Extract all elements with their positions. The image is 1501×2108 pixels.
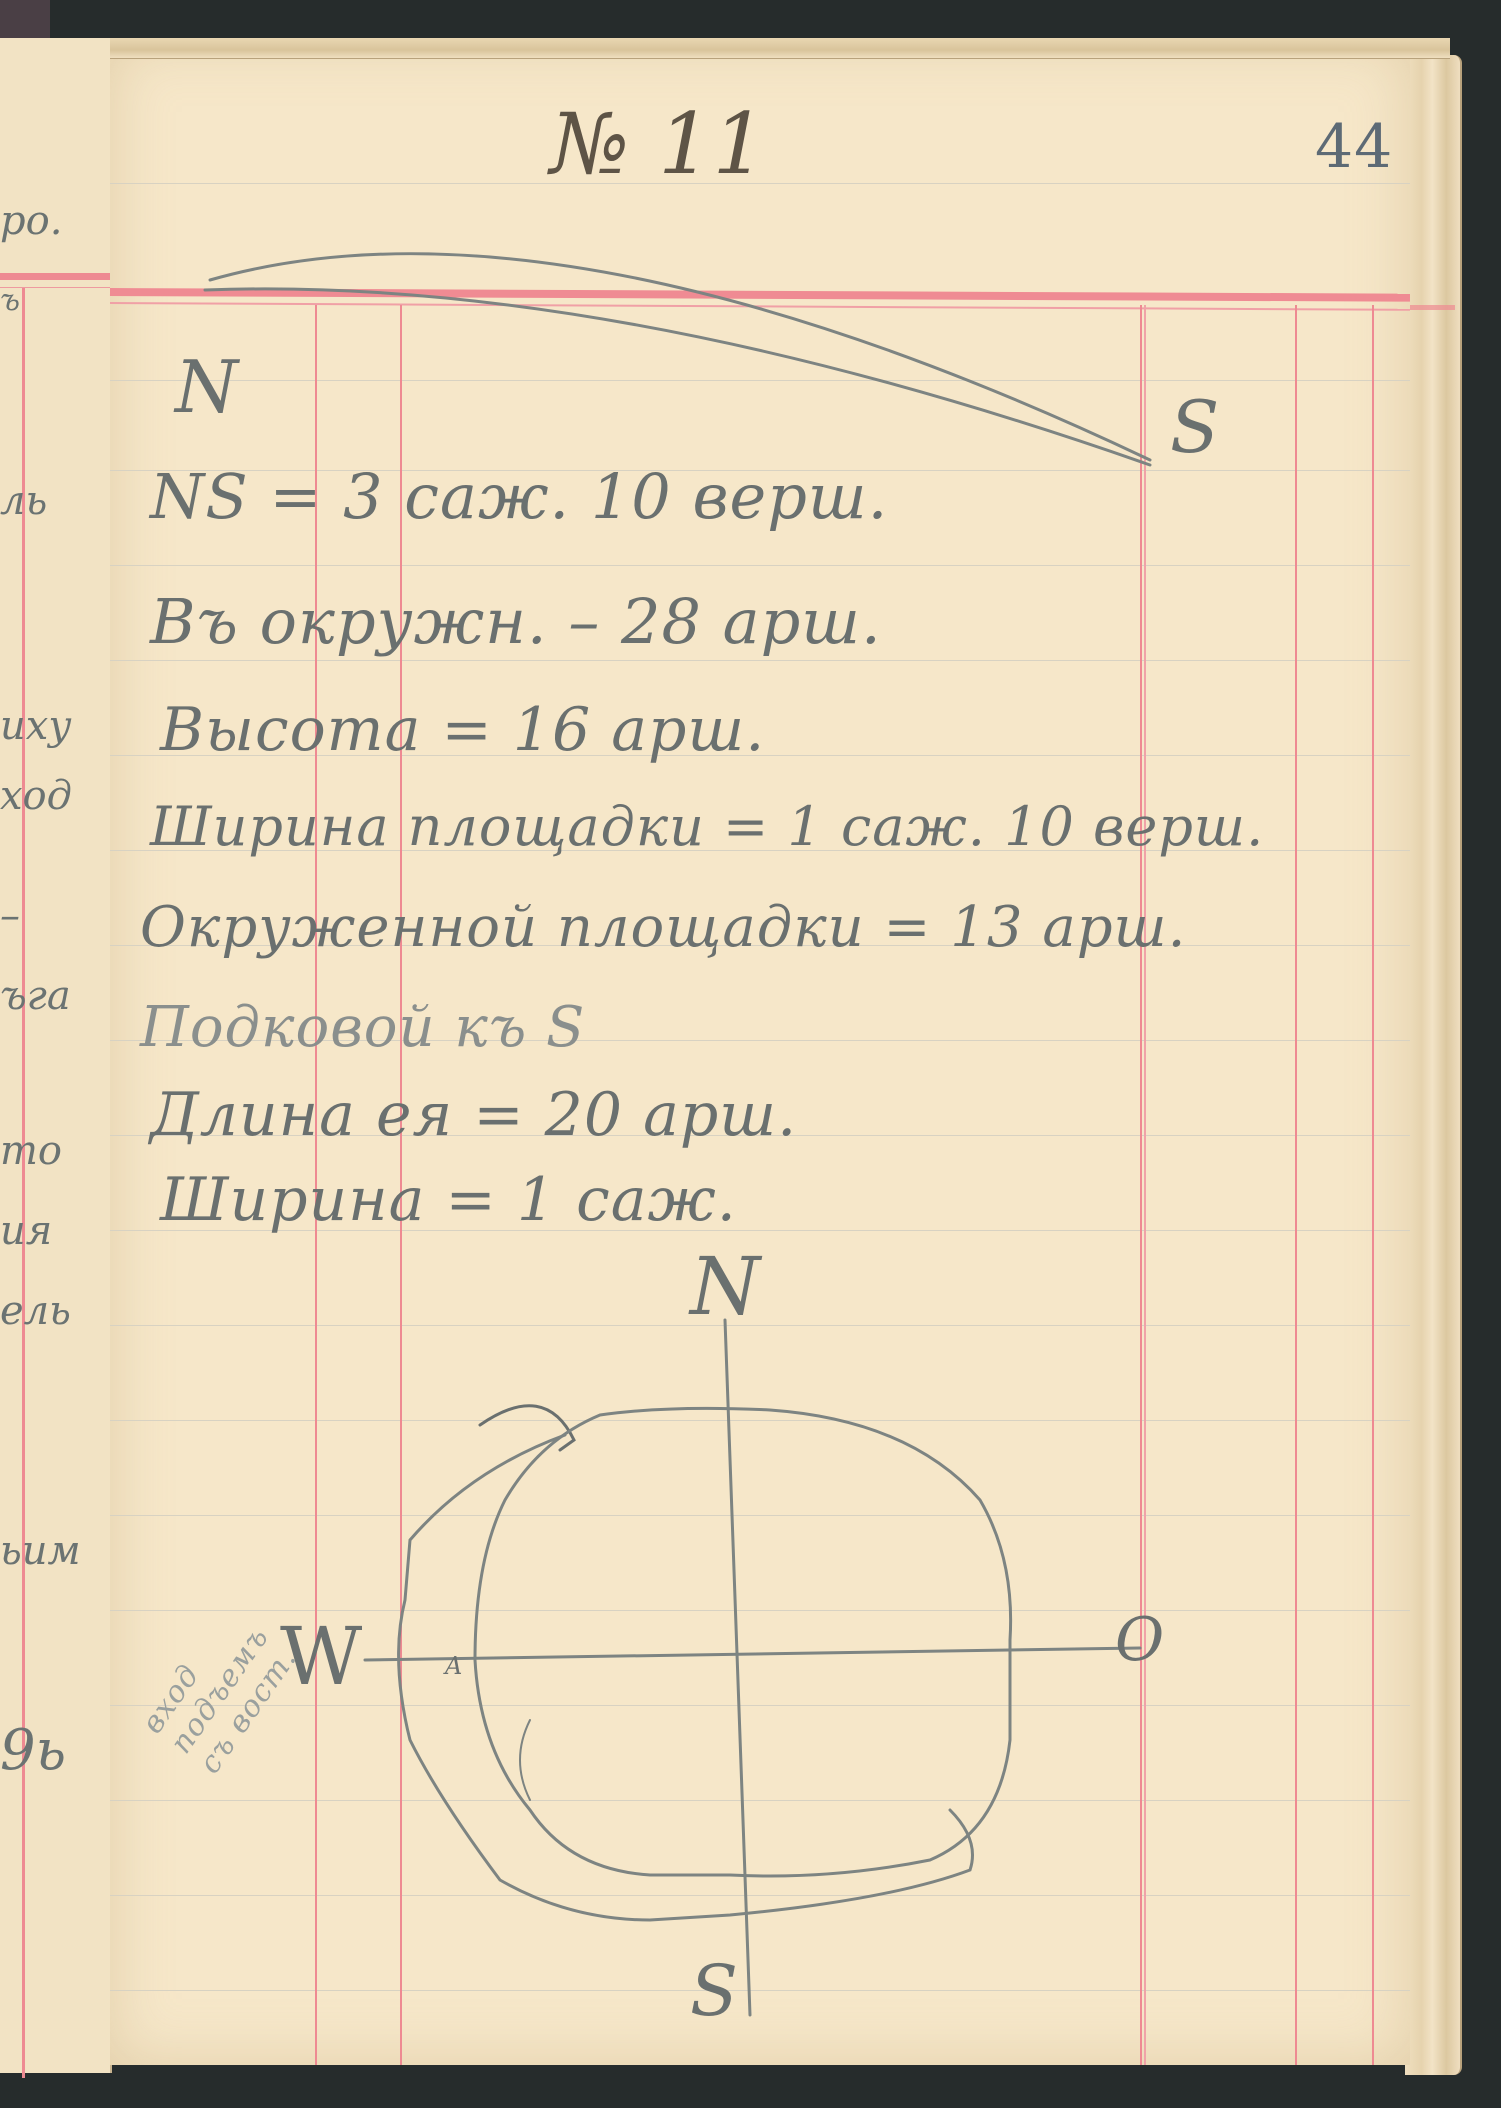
facing-page-header-rule [0,273,110,280]
facing-fragment: ъга [0,973,71,1019]
plan-north-label: N [690,1240,761,1333]
page-top-edge [110,38,1450,59]
facing-fragment: ро. [0,198,62,244]
orientation-arc-lower [205,289,1150,465]
page-edge-red-mark [1405,305,1455,310]
facing-fragment: ьим [0,1528,81,1574]
facing-fragment: – [0,893,20,939]
notebook-page: № 11 44 N S NS = 3 саж. 10 верш. Въ окру… [110,40,1410,2065]
facing-fragment: ия [0,1208,52,1254]
facing-fragment: ход [0,773,72,819]
plan-hook-mark [480,1406,574,1450]
facing-page-margin-rule [22,288,25,2078]
plan-inner-detail [520,1720,530,1800]
plan-outer-ring [399,1435,973,1920]
plan-east-label: O [1115,1605,1165,1675]
facing-fragment: ъ [0,283,20,318]
facing-fragment: ль [0,478,47,524]
facing-fragment: иху [0,703,72,749]
page-edges-stack [1405,55,1462,2075]
plan-ns-axis [725,1320,750,2015]
pencil-sketches [110,40,1410,2065]
plan-point-label: A [445,1652,463,1680]
facing-fragment: то [0,1128,62,1174]
facing-fragment: 9ь [0,1718,66,1783]
plan-south-label: S [690,1950,739,2032]
facing-fragment: ель [0,1288,71,1334]
orientation-arc-upper [210,254,1150,460]
plan-we-axis [365,1648,1140,1660]
facing-page: ро. ъ ль иху ход – ъга то ия ель ьим 9ь [0,38,112,2073]
